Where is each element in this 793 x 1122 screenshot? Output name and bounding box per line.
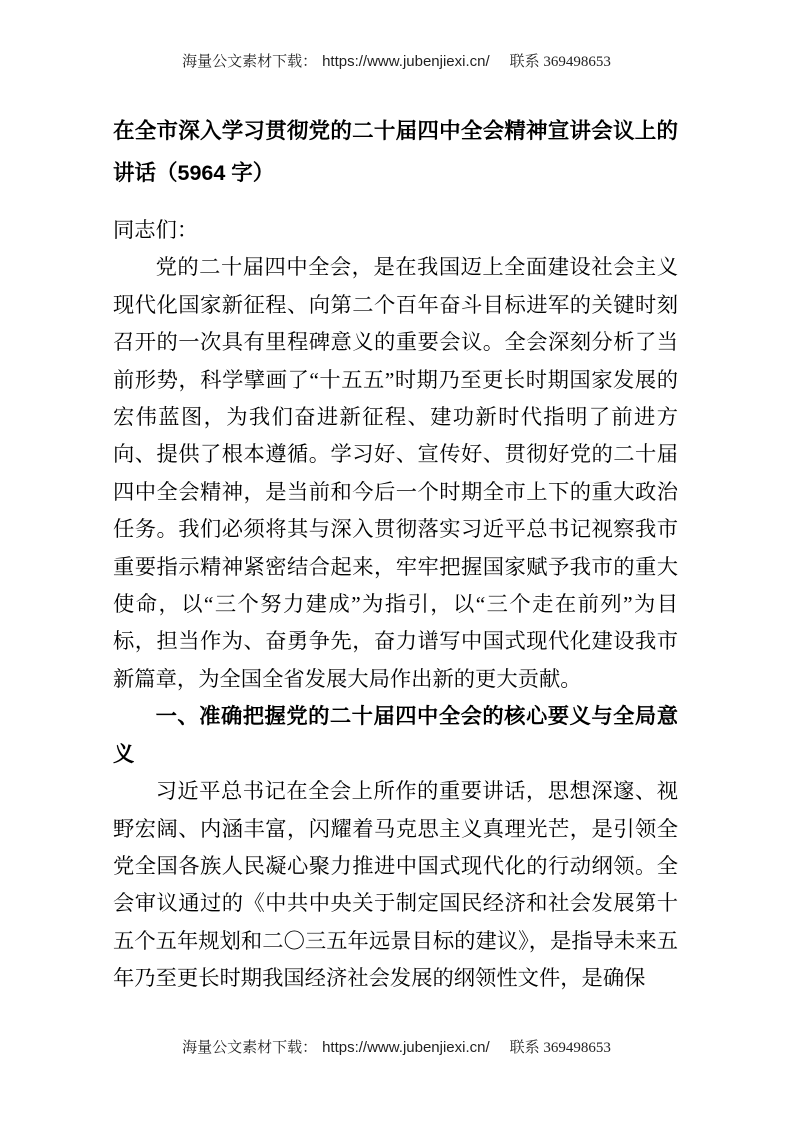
paragraph-intro: 党的二十届四中全会，是在我国迈上全面建设社会主义现代化国家新征程、向第二个百年奋… [113,249,678,698]
salutation: 同志们： [113,212,678,249]
section-heading-1: 一、准确把握党的二十届四中全会的核心要义与全局意义 [113,698,678,773]
page-header: 海量公文素材下载：https://www.jubenjiexi.cn/联系 36… [0,52,793,72]
page-footer: 海量公文素材下载：https://www.jubenjiexi.cn/联系 36… [0,1038,793,1058]
header-download-label: 海量公文素材下载： [182,54,317,70]
document-title: 在全市深入学习贯彻党的二十届四中全会精神宣讲会议上的讲话（5964 字） [113,110,678,194]
footer-url: https://www.jubenjiexi.cn/ [322,1039,490,1056]
paragraph-section-1: 习近平总书记在全会上所作的重要讲话，思想深邃、视野宏阔、内涵丰富，闪耀着马克思主… [113,773,678,997]
header-contact: 联系 369498653 [510,54,611,70]
document-body: 同志们： 党的二十届四中全会，是在我国迈上全面建设社会主义现代化国家新征程、向第… [113,212,678,998]
footer-download-label: 海量公文素材下载： [182,1040,317,1056]
document-page: 海量公文素材下载：https://www.jubenjiexi.cn/联系 36… [0,0,793,1122]
header-url: https://www.jubenjiexi.cn/ [322,53,490,70]
footer-contact: 联系 369498653 [510,1040,611,1056]
